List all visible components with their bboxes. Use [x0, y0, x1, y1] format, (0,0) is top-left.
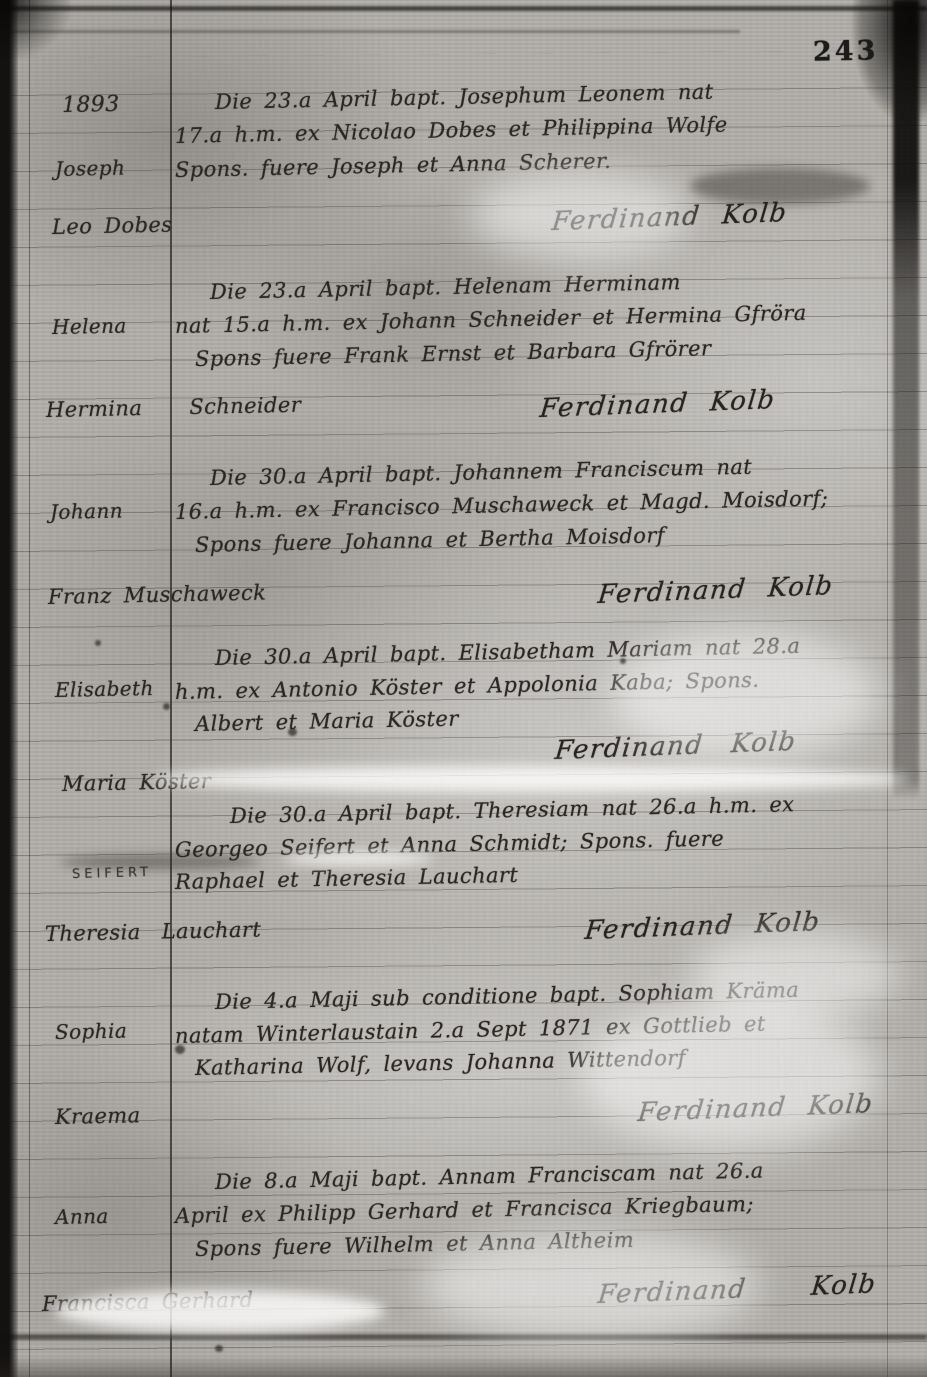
margin-given-name: Elisabeth: [55, 676, 154, 702]
ink-spot: [175, 1045, 185, 1054]
ink-spot: [95, 640, 101, 646]
margin-surname: Leo Dobes: [52, 212, 173, 239]
scan-corner-top-right: [840, 0, 927, 150]
ink-spot: [215, 1345, 223, 1352]
scan-line-top: [0, 30, 740, 33]
scan-edge-bottom: [0, 1334, 927, 1340]
white-streak: [55, 1290, 385, 1332]
ink-spot: [288, 728, 297, 736]
margin-given-name: Joseph: [55, 156, 126, 181]
ink-spot: [163, 703, 170, 710]
scan-corner-top-left: [0, 0, 70, 60]
white-streak: [150, 766, 910, 792]
margin-given-name: Anna: [55, 1204, 109, 1229]
right-column-rule: [887, 0, 888, 1377]
entry-year: 1893: [62, 92, 120, 118]
margin-rule: [170, 0, 172, 1377]
margin-given-name: Sophia: [55, 1018, 128, 1044]
ink-smudge: [60, 855, 260, 869]
white-patch: [610, 630, 880, 760]
white-streak: [283, 852, 433, 865]
margin-given-name: Helena: [52, 313, 127, 339]
ink-spot: [620, 658, 626, 664]
white-patch: [580, 1000, 880, 1150]
margin-surname: Kraema: [55, 1103, 141, 1129]
scan-edge-left: [0, 0, 18, 1377]
register-page: 243 1893 Die 23.a April bapt. Josephum L…: [0, 0, 927, 1377]
ink-smudge: [690, 168, 870, 204]
left-column-rule: [29, 0, 30, 1377]
page-number: 243: [813, 35, 879, 67]
margin-given-name: Johann: [50, 498, 124, 524]
margin-surname: Theresia Lauchart: [45, 917, 262, 946]
white-patch: [470, 170, 690, 260]
scan-shadow-bottom: [0, 1356, 927, 1377]
white-patch: [420, 1230, 760, 1340]
scan-edge-top: [0, 6, 927, 11]
margin-surname: Franz Muschaweck: [48, 580, 267, 609]
